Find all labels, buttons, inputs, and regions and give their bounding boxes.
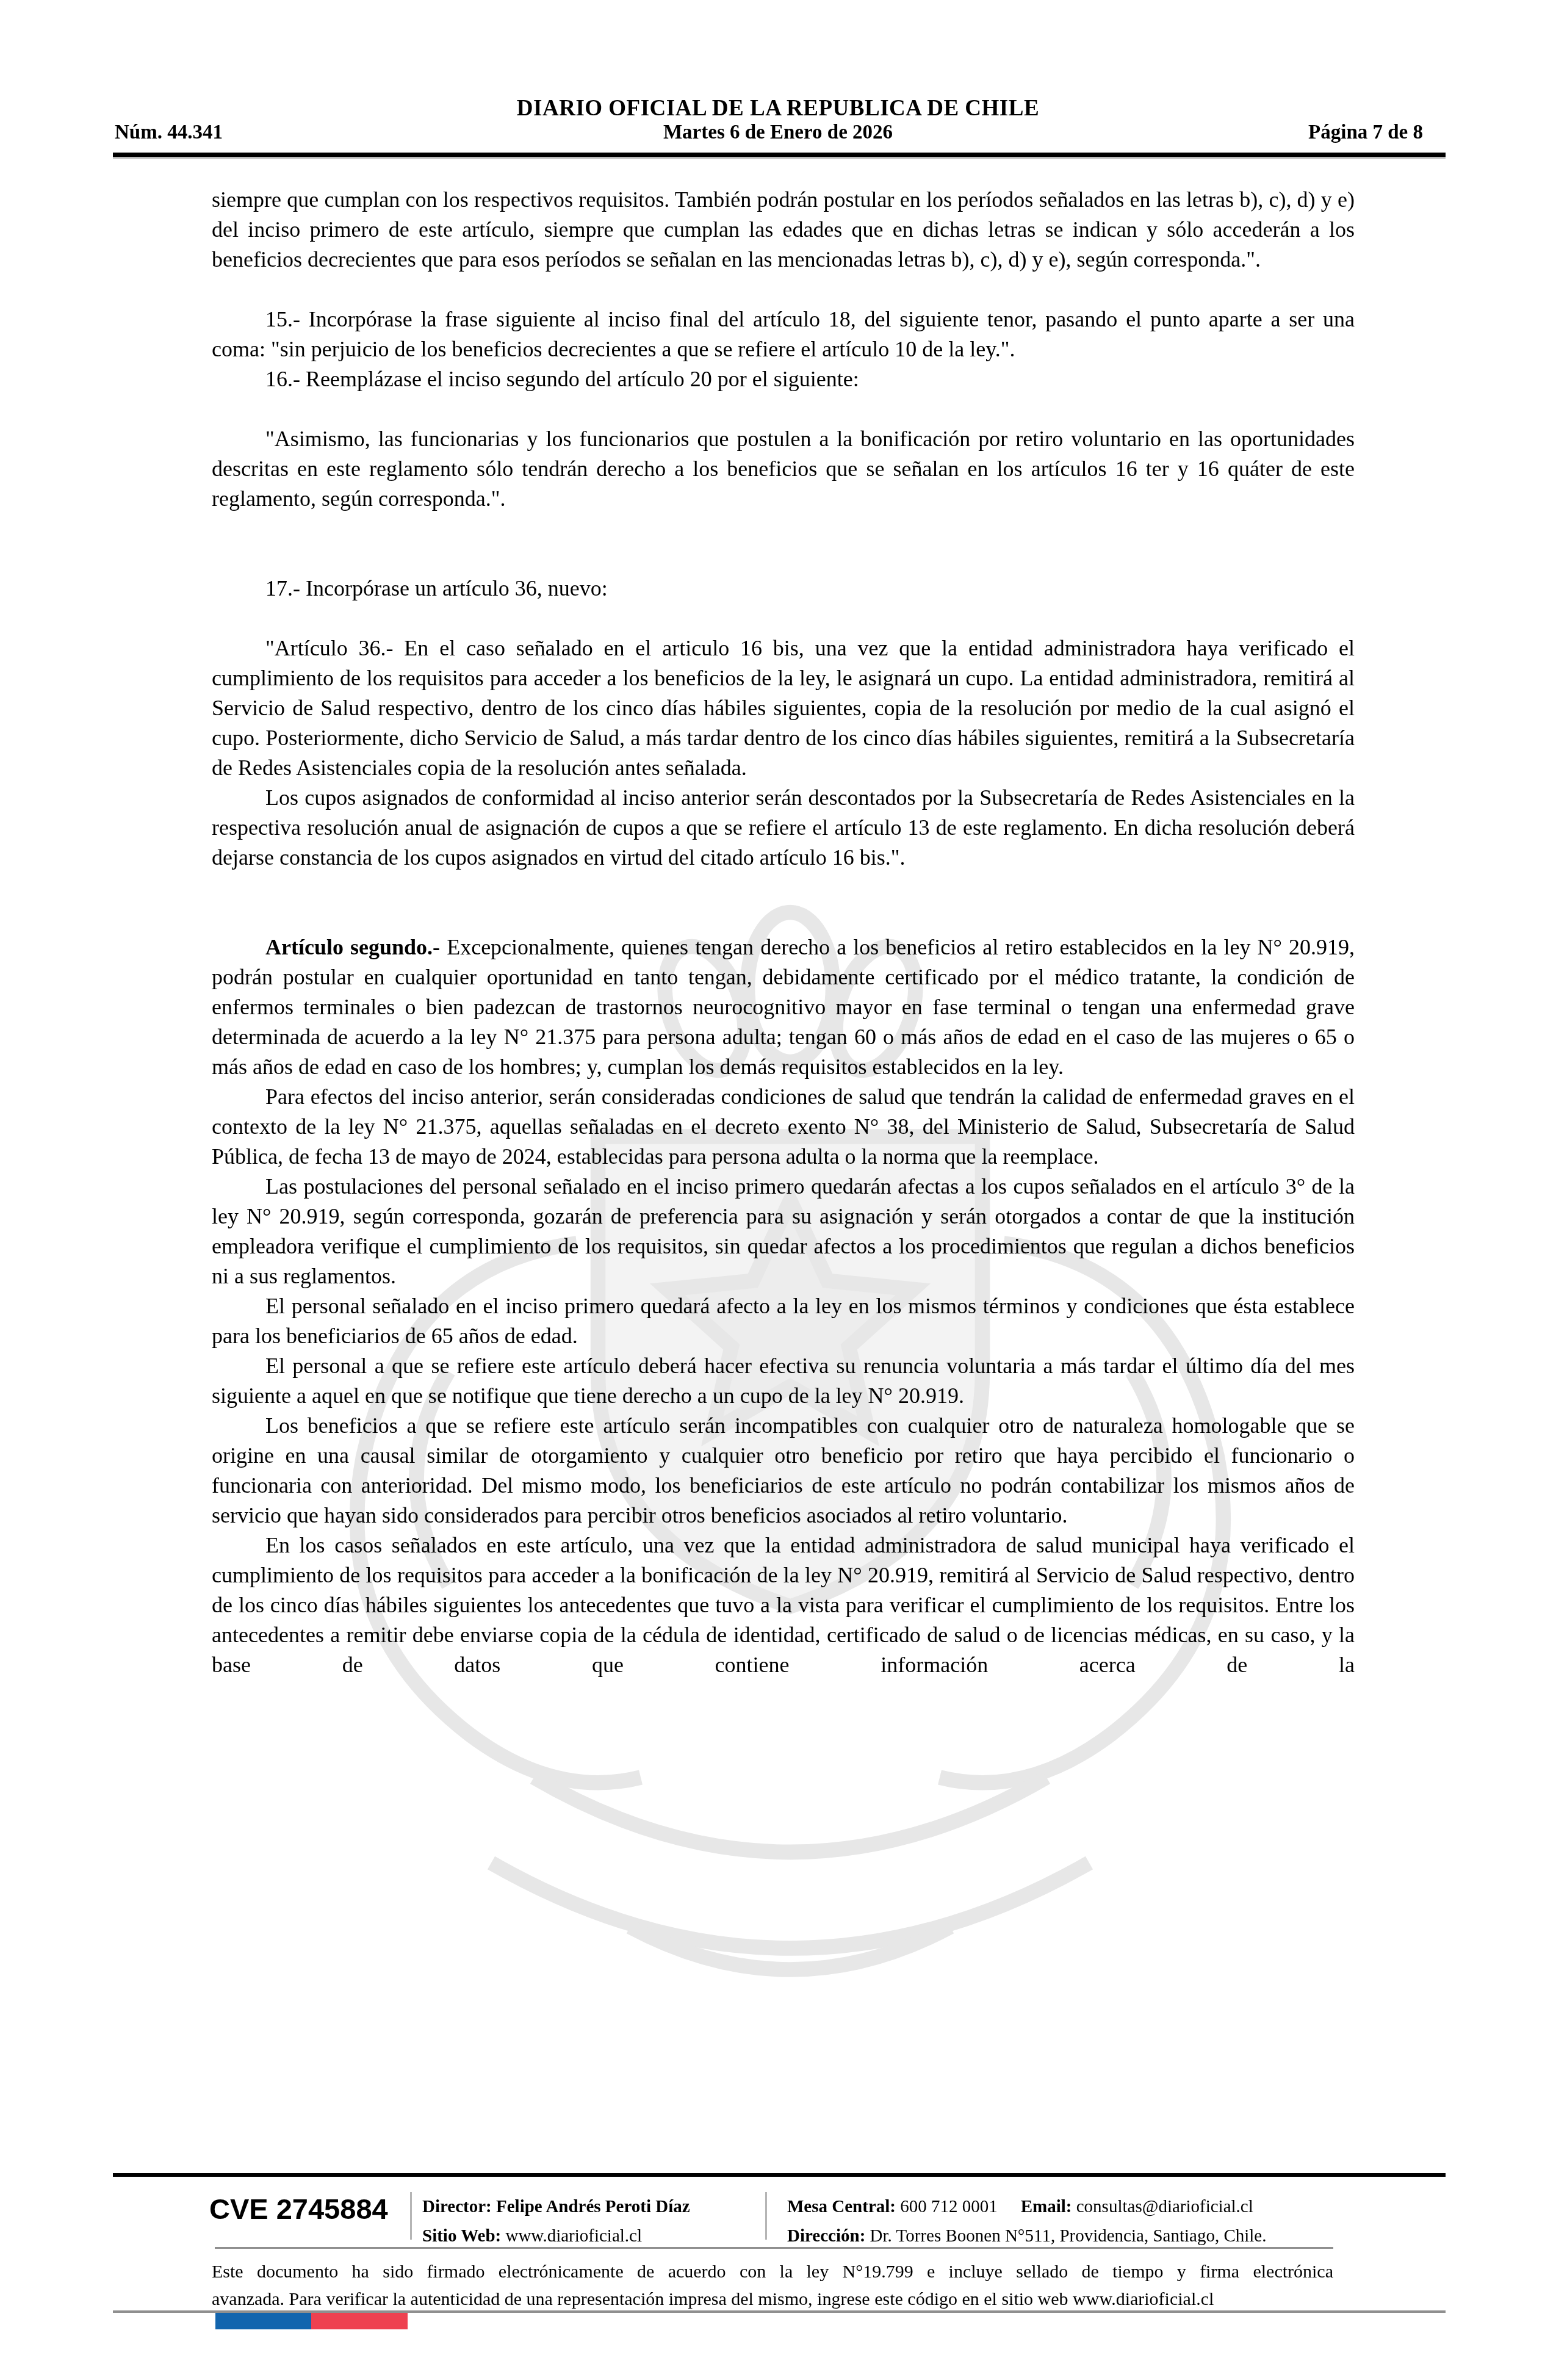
cve-code: CVE 2745884 — [209, 2192, 388, 2226]
gazette-page: DIARIO OFICIAL DE LA REPUBLICA DE CHILE … — [0, 0, 1556, 2380]
director-name: Felipe Andrés Peroti Díaz — [496, 2197, 690, 2216]
phone-label: Mesa Central: — [787, 2197, 896, 2216]
director-label: Director: — [422, 2197, 492, 2216]
chile-flag-mark — [215, 2313, 408, 2329]
paragraph: Los beneficios a que se refiere este art… — [212, 1411, 1355, 1531]
website-line: Sitio Web: www.diarioficial.cl — [422, 2221, 690, 2251]
paragraph: El personal a que se refiere este artícu… — [212, 1351, 1355, 1411]
footer-divider — [410, 2192, 412, 2240]
paragraph: Los cupos asignados de conformidad al in… — [212, 783, 1355, 873]
paragraph: 15.- Incorpórase la frase siguiente al i… — [212, 305, 1355, 364]
disclaimer-line-2: avanzada. Para verificar la autenticidad… — [212, 2285, 1333, 2313]
page-indicator: Página 7 de 8 — [1308, 121, 1423, 144]
footer-separator-rule — [215, 2247, 1333, 2249]
email-label: Email: — [1021, 2197, 1072, 2216]
footer-director-block: Director: Felipe Andrés Peroti Díaz Siti… — [422, 2192, 690, 2251]
flag-blue-half — [215, 2313, 311, 2329]
director-line: Director: Felipe Andrés Peroti Díaz — [422, 2192, 690, 2221]
email-value: consultas@diarioficial.cl — [1076, 2197, 1253, 2216]
website-label: Sitio Web: — [422, 2226, 501, 2246]
footer-top-rule — [113, 2173, 1446, 2177]
footer-divider — [765, 2192, 767, 2240]
paragraph-lead: Artículo segundo.- — [265, 935, 440, 959]
address-value: Dr. Torres Boonen N°511, Providencia, Sa… — [870, 2226, 1267, 2246]
gazette-title: DIARIO OFICIAL DE LA REPUBLICA DE CHILE — [0, 95, 1556, 121]
website-value: www.diarioficial.cl — [505, 2226, 642, 2246]
paragraph: 16.- Reemplázase el inciso segundo del a… — [212, 364, 1355, 394]
signature-disclaimer: Este documento ha sido firmado electróni… — [212, 2258, 1333, 2313]
address-label: Dirección: — [787, 2226, 865, 2246]
disclaimer-line-1: Este documento ha sido firmado electróni… — [212, 2258, 1333, 2285]
footer-contact-block: Mesa Central: 600 712 0001Email: consult… — [787, 2192, 1266, 2251]
flag-red-half — [311, 2313, 408, 2329]
paragraph: "Artículo 36.- En el caso señalado en el… — [212, 633, 1355, 783]
phone-value: 600 712 0001 — [900, 2197, 998, 2216]
paragraph: 17.- Incorpórase un artículo 36, nuevo: — [212, 574, 1355, 604]
address-line: Dirección: Dr. Torres Boonen N°511, Prov… — [787, 2221, 1266, 2251]
header-rule — [113, 153, 1446, 157]
paragraph: Artículo segundo.- Excepcionalmente, qui… — [212, 932, 1355, 1082]
paragraph: Para efectos del inciso anterior, serán … — [212, 1082, 1355, 1172]
document-body: siempre que cumplan con los respectivos … — [212, 185, 1355, 1680]
paragraph: Las postulaciones del personal señalado … — [212, 1172, 1355, 1291]
phone-email-line: Mesa Central: 600 712 0001Email: consult… — [787, 2192, 1266, 2221]
paragraph: siempre que cumplan con los respectivos … — [212, 185, 1355, 275]
paragraph: "Asimismo, las funcionarias y los funcio… — [212, 424, 1355, 514]
paragraph: El personal señalado en el inciso primer… — [212, 1291, 1355, 1351]
paragraph: En los casos señalados en este artículo,… — [212, 1531, 1355, 1680]
